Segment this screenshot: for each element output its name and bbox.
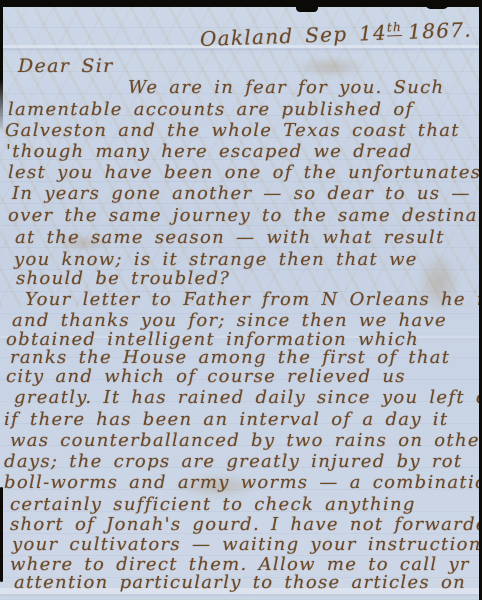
letter-line: certainly sufficient to check anything xyxy=(10,494,416,515)
letter-line: your cultivators — waiting your instruct… xyxy=(12,534,479,555)
letter-line: In years gone another — so dear to us — … xyxy=(12,183,479,204)
salutation: Dear Sir xyxy=(18,55,114,77)
dateline-superscript: th xyxy=(387,20,403,37)
scan-edge-top xyxy=(0,0,482,7)
letter-line: city and which of course relieved us xyxy=(6,366,406,387)
letter-line: attention particularly to those articles… xyxy=(14,572,466,593)
letter-line: greatly. It has rained daily since you l… xyxy=(14,387,479,408)
scan-edge-artifact xyxy=(296,7,318,12)
letter-line: days; the crops are greatly injured by r… xyxy=(4,451,462,472)
letter-scan: Oakland Sep 14th1867. Dear Sir We are in… xyxy=(0,0,482,600)
scan-edge-artifact xyxy=(0,487,3,582)
letter-line: We are in fear for you. Such xyxy=(128,77,444,98)
ink-smudge xyxy=(295,57,365,77)
letter-line: at the same season — with what result xyxy=(15,227,445,248)
letter-line: should be troubled? xyxy=(16,268,230,289)
letter-line: 'though many here escaped we dread xyxy=(6,141,413,162)
letter-line: if there has been an interval of a day i… xyxy=(4,409,448,430)
letter-paper: Oakland Sep 14th1867. Dear Sir We are in… xyxy=(0,7,479,600)
letter-line: boll-worms and army worms — a combinatio… xyxy=(4,472,479,493)
scan-edge-left xyxy=(0,0,3,132)
letter-line: Galveston and the whole Texas coast that xyxy=(5,120,460,141)
scan-edge-artifact xyxy=(425,0,449,9)
letter-line: and thanks you for; since then we have xyxy=(12,310,447,331)
letter-line: was counterballanced by two rains on oth… xyxy=(10,430,479,451)
letter-line: over the same journey to the same destin… xyxy=(8,205,479,226)
letter-line: ranks the House among the first of that xyxy=(10,347,450,368)
letter-line: you know; is it strange then that we xyxy=(14,249,418,270)
dateline-year: 1867. xyxy=(408,18,473,44)
letter-line: lamentable accounts are published of xyxy=(8,99,413,120)
letter-line: short of Jonah's gourd. I have not forwa… xyxy=(10,514,479,535)
letter-line: lest you have been one of the unfortunat… xyxy=(8,162,479,183)
letter-line: Your letter to Father from N Orleans he … xyxy=(25,289,479,310)
